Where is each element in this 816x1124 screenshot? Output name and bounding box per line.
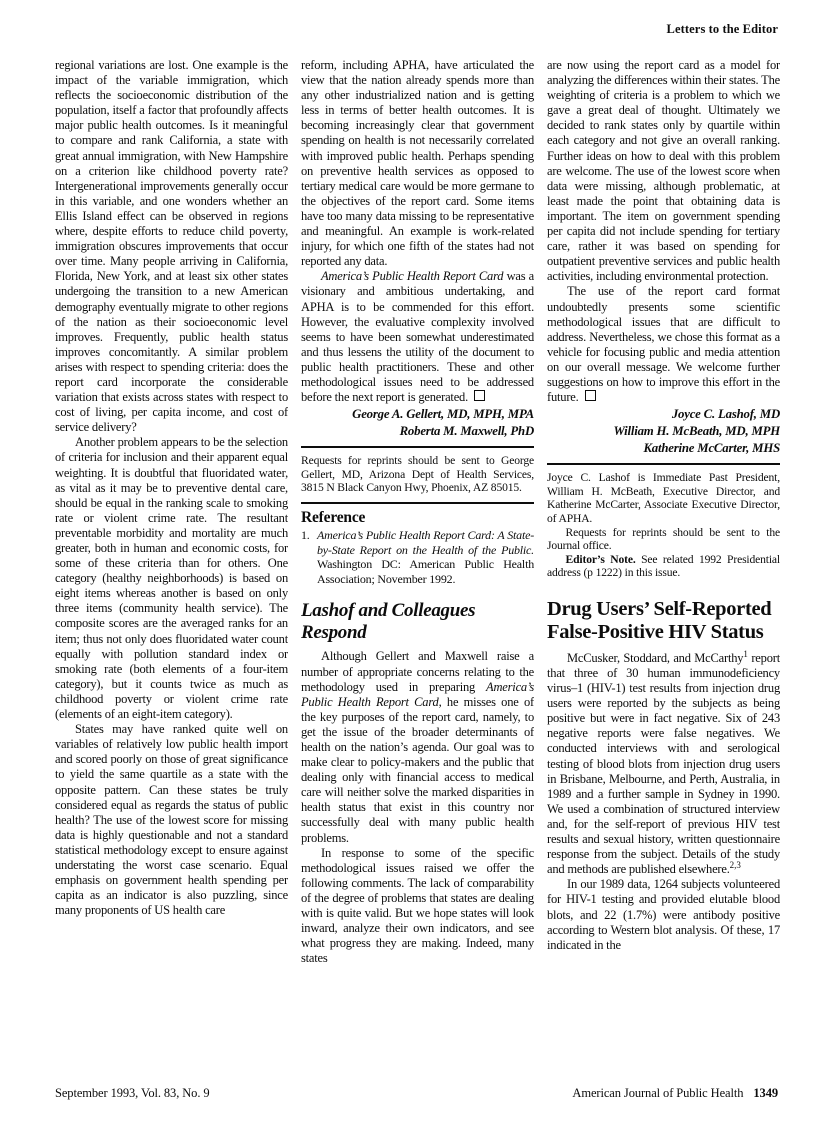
footer-issue: September 1993, Vol. 83, No. 9 — [55, 1086, 210, 1101]
footer-journal-block: American Journal of Public Health 1349 — [572, 1086, 778, 1101]
hiv-letter-paragraph: In our 1989 data, 1264 subjects voluntee… — [547, 877, 780, 952]
page-footer: September 1993, Vol. 83, No. 9 American … — [55, 1086, 778, 1101]
gellert-letter-paragraph: America’s Public Health Report Card was … — [301, 269, 534, 405]
footnote-rule — [301, 446, 534, 448]
running-head: Letters to the Editor — [667, 22, 778, 37]
reference-heading: Reference — [301, 510, 534, 525]
signature: George A. Gellert, MD, MPH, MPA — [301, 406, 534, 422]
hiv-letter-paragraph: McCusker, Stoddard, and McCarthy1 report… — [547, 651, 780, 877]
affiliation-footnote: Joyce C. Lashof is Immediate Past Presid… — [547, 471, 780, 580]
gellert-letter-paragraph: reform, including APHA, have articulated… — [301, 58, 534, 269]
reference-title: America’s Public Health Report Card: A S… — [317, 528, 534, 557]
end-of-letter-icon — [474, 390, 485, 401]
editors-note: Editor’s Note. See related 1992 Presiden… — [547, 553, 780, 580]
end-of-letter-icon — [585, 390, 596, 401]
footer-journal-name: American Journal of Public Health — [572, 1086, 743, 1101]
column-right: are now using the report card as a model… — [547, 58, 780, 1058]
three-column-body: regional variations are lost. One exampl… — [55, 58, 780, 1058]
reference-item: 1.America’s Public Health Report Card: A… — [301, 528, 534, 586]
gellert-letter-paragraph: Another problem appears to be the select… — [55, 435, 288, 722]
signature: Roberta M. Maxwell, PhD — [301, 423, 534, 439]
column-middle: reform, including APHA, have articulated… — [301, 58, 534, 1058]
reprints-footnote: Requests for reprints should be sent to … — [301, 454, 534, 495]
response-paragraph: The use of the report card format undoub… — [547, 284, 780, 405]
journal-page: Letters to the Editor regional variation… — [0, 0, 816, 1124]
editors-note-label: Editor’s Note. — [566, 553, 636, 566]
signature: Joyce C. Lashof, MD — [547, 406, 780, 422]
hiv-letter-title: Drug Users’ Self-Reported False-Positive… — [547, 598, 780, 645]
response-letter-title: Lashof and Colleagues Respond — [301, 600, 534, 643]
citation-superscript: 2,3 — [730, 860, 741, 870]
response-paragraph: Although Gellert and Maxwell raise a num… — [301, 649, 534, 845]
signature: Katherine McCarter, MHS — [547, 440, 780, 456]
response-paragraph: In response to some of the specific meth… — [301, 846, 534, 967]
signature: William H. McBeath, MD, MPH — [547, 423, 780, 439]
gellert-letter-paragraph: regional variations are lost. One exampl… — [55, 58, 288, 435]
response-paragraph: are now using the report card as a model… — [547, 58, 780, 284]
section-rule — [301, 502, 534, 504]
footer-page-number: 1349 — [753, 1086, 778, 1101]
footnote-rule — [547, 463, 780, 465]
gellert-letter-paragraph: States may have ranked quite well on var… — [55, 722, 288, 918]
book-title: America’s Public Health Report Card — [321, 269, 503, 283]
reference-number: 1. — [301, 528, 310, 543]
column-left: regional variations are lost. One exampl… — [55, 58, 288, 1058]
